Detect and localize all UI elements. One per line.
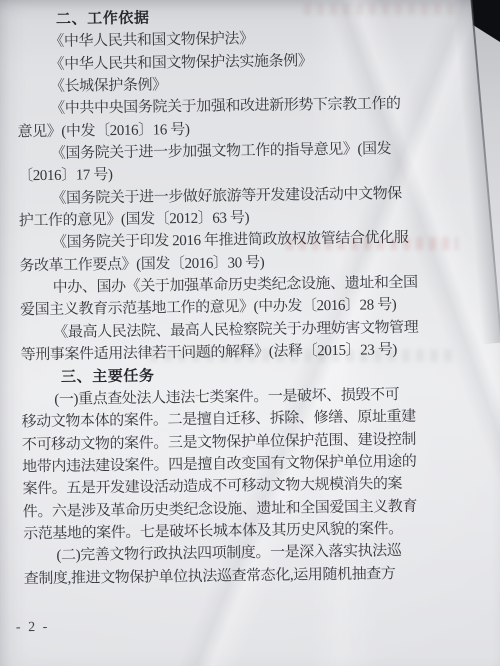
document-body-text: 二、工作依据《中华人民共和国文物保护法》《中华人民共和国文物保护法实施条例》《长… [16, 3, 484, 590]
page-number: - 2 - [16, 620, 50, 637]
document-photo: 二、工作依据《中华人民共和国文物保护法》《中华人民共和国文物保护法实施条例》《长… [0, 0, 500, 666]
